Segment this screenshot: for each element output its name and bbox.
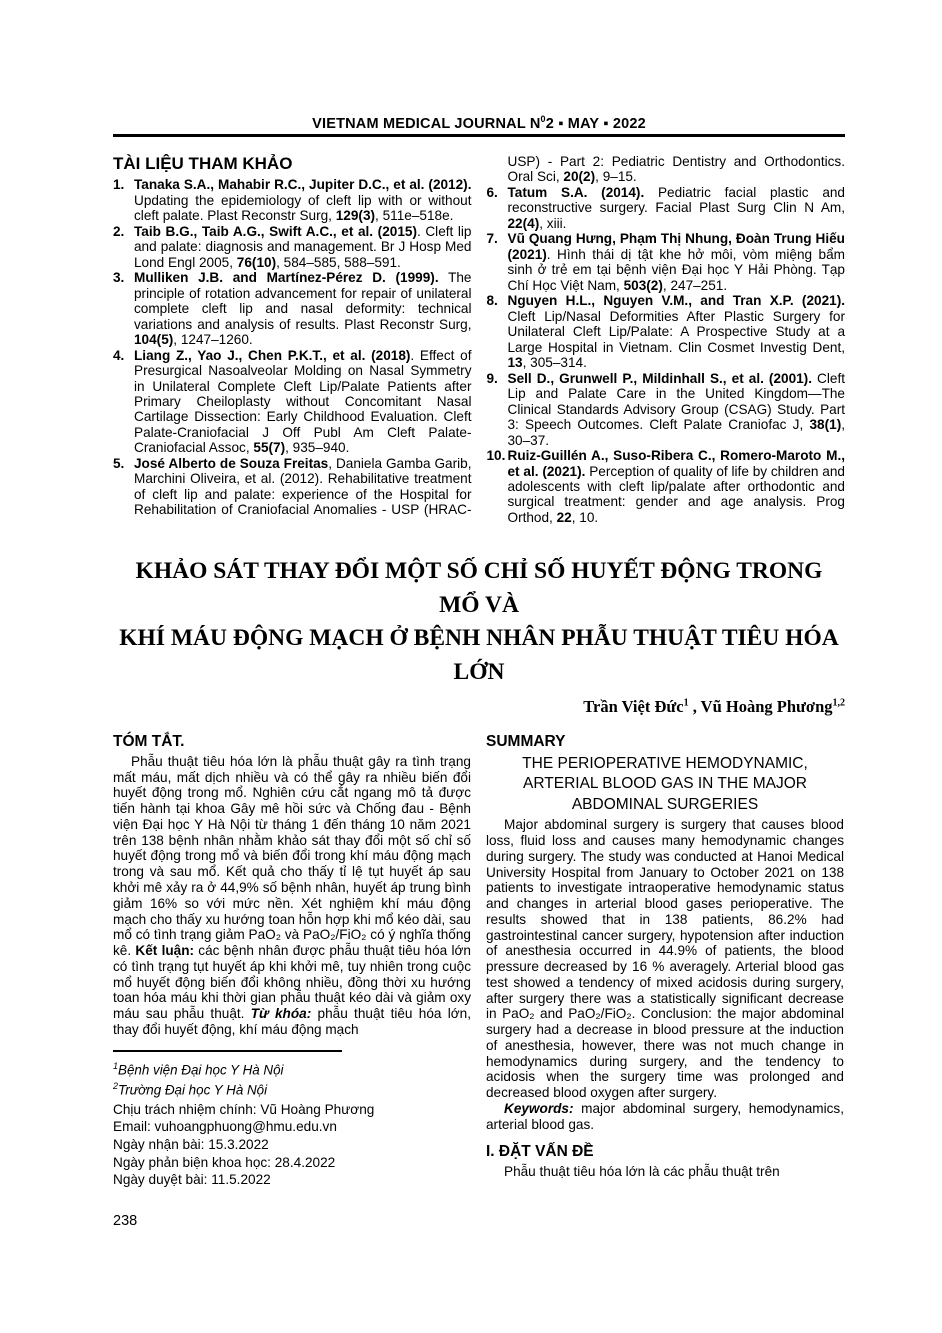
references-heading: TÀI LIỆU THAM KHẢO: [113, 154, 472, 173]
footnote-meta: Chịu trách nhiệm chính: Vũ Hoàng PhươngE…: [113, 1101, 471, 1189]
journal-title-text: VIETNAM MEDICAL JOURNAL N: [312, 116, 540, 132]
reference-item: 10.Ruiz-Guillén A., Suso-Ribera C., Rome…: [487, 448, 846, 525]
journal-issue-text: 2 ▪ MAY ▪ 2022: [546, 116, 646, 132]
article-columns: TÓM TẮT. Phẫu thuật tiêu hóa lớn là phẫu…: [113, 729, 845, 1230]
left-column: TÓM TẮT. Phẫu thuật tiêu hóa lớn là phẫu…: [113, 729, 471, 1230]
reference-item: 9.Sell D., Grunwell P., Mildinhall S., e…: [487, 371, 846, 448]
reference-item: 8.Nguyen H.L., Nguyen V.M., and Tran X.P…: [487, 293, 846, 370]
summary-heading: SUMMARY: [486, 733, 844, 751]
affiliation-superscript: 2: [113, 1081, 118, 1091]
reference-list: 1.Tanaka S.A., Mahabir R.C., Jupiter D.C…: [113, 154, 845, 526]
journal-header: VIETNAM MEDICAL JOURNAL N02 ▪ MAY ▪ 2022: [113, 0, 845, 132]
footnote-line: Ngày duyệt bài: 11.5.2022: [113, 1171, 471, 1189]
footnote-line: Chịu trách nhiệm chính: Vũ Hoàng Phương: [113, 1101, 471, 1119]
reference-number: 10.: [487, 448, 508, 463]
reference-item: 1.Tanaka S.A., Mahabir R.C., Jupiter D.C…: [113, 177, 472, 223]
intro-heading: I. ĐẶT VẤN ĐỀ: [486, 1143, 844, 1161]
summary-subtitle: THE PERIOPERATIVE HEMODYNAMIC, ARTERIAL …: [492, 754, 838, 815]
references-section: TÀI LIỆU THAM KHẢO 1.Tanaka S.A., Mahabi…: [113, 154, 845, 526]
tomtat-paragraph: Phẫu thuật tiêu hóa lớn là phẫu thuật gâ…: [113, 754, 471, 1038]
reference-item: 2.Taib B.G., Taib A.G., Swift A.C., et a…: [113, 224, 472, 270]
affiliation-superscript: 1: [113, 1061, 118, 1071]
tomtat-heading: TÓM TẮT.: [113, 733, 471, 751]
reference-item: 4.Liang Z., Yao J., Chen P.K.T., et al. …: [113, 348, 472, 456]
reference-number: 8.: [487, 293, 508, 308]
keywords-paragraph: Keywords: major abdominal surgery, hemod…: [486, 1101, 844, 1133]
reference-number: 4.: [113, 348, 134, 363]
reference-number: 6.: [487, 185, 508, 200]
reference-number: 9.: [487, 371, 508, 386]
reference-number: 2.: [113, 224, 134, 239]
article-title: KHẢO SÁT THAY ĐỔI MỘT SỐ CHỈ SỐ HUYẾT ĐỘ…: [113, 555, 845, 688]
reference-item: 6.Tatum S.A. (2014). Pediatric facial pl…: [487, 185, 846, 231]
footnote-line: Email: vuhoangphuong@hmu.edu.vn: [113, 1118, 471, 1136]
page-content: VIETNAM MEDICAL JOURNAL N02 ▪ MAY ▪ 2022…: [113, 0, 845, 1230]
journal-page: VIETNAM MEDICAL JOURNAL N02 ▪ MAY ▪ 2022…: [0, 0, 942, 1333]
article-title-line2: KHÍ MÁU ĐỘNG MẠCH Ở BỆNH NHÂN PHẪU THUẬT…: [119, 625, 838, 684]
page-number: 238: [113, 1213, 471, 1230]
intro-paragraph: Phẫu thuật tiêu hóa lớn là các phẫu thuậ…: [486, 1164, 844, 1180]
summary-paragraph: Major abdominal surgery is surgery that …: [486, 817, 844, 1101]
footnote-divider: [113, 1050, 342, 1052]
reference-number: 1.: [113, 177, 134, 192]
affiliation-list: 1Bệnh viện Đại học Y Hà Nội2Trường Đại h…: [113, 1060, 471, 1101]
header-rule: [113, 134, 845, 137]
reference-item: 3.Mulliken J.B. and Martínez-Pérez D. (1…: [113, 270, 472, 347]
footnote-line: Ngày nhận bài: 15.3.2022: [113, 1136, 471, 1154]
footnote-line: Ngày phản biện khoa học: 28.4.2022: [113, 1154, 471, 1172]
affiliation: 2Trường Đại học Y Hà Nội: [113, 1080, 471, 1101]
right-column: SUMMARY THE PERIOPERATIVE HEMODYNAMIC, A…: [486, 729, 844, 1230]
reference-number: 5.: [113, 456, 134, 471]
article-authors: Trần Việt Đức1 , Vũ Hoàng Phương1,2: [113, 697, 845, 717]
reference-item: 7.Vũ Quang Hưng, Phạm Thị Nhung, Đoàn Tr…: [487, 231, 846, 293]
reference-number: 3.: [113, 270, 134, 285]
affiliation: 1Bệnh viện Đại học Y Hà Nội: [113, 1060, 471, 1081]
article-title-line1: KHẢO SÁT THAY ĐỔI MỘT SỐ CHỈ SỐ HUYẾT ĐỘ…: [136, 558, 823, 617]
reference-number: 7.: [487, 231, 508, 246]
